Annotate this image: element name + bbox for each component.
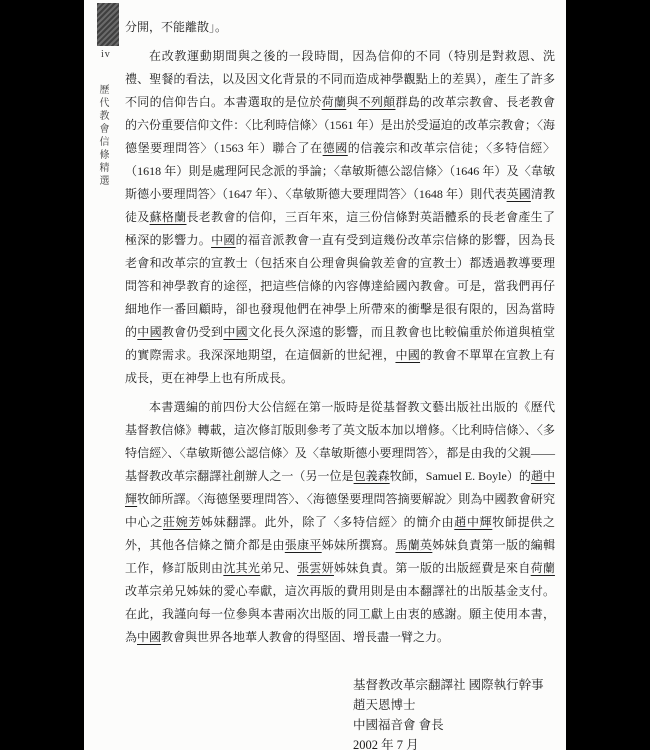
proper-noun-underlined: 荷蘭 (322, 95, 347, 109)
proper-noun-underlined: 中國 (137, 325, 162, 339)
proper-noun-underlined: 中國 (395, 348, 420, 362)
signature-org-title: 基督教改革宗翻譯社 國際執行幹事 (353, 675, 555, 695)
text-run: 與 (346, 95, 358, 109)
proper-noun-underlined: 中國 (211, 233, 236, 247)
proper-noun-underlined: 荷蘭 (531, 561, 555, 575)
proper-noun-underlined: 包義森 (354, 469, 390, 483)
book-page: iv 歷代教會信條精選 分開，不能離散」。 在改教運動期間與之後的一段時間，因為… (84, 0, 566, 750)
proper-noun-underlined: 蘇格蘭 (150, 210, 187, 224)
proper-noun-underlined: 張康平 (285, 538, 322, 552)
signature-org-role: 中國福音會 會長 (353, 715, 555, 735)
book-title-vertical: 歷代教會信條精選 (95, 84, 110, 188)
proper-noun-underlined: 德國 (323, 141, 348, 155)
text-run: 牧師，Samuel E. Boyle）的 (390, 469, 531, 483)
proper-noun-underlined: 英國 (507, 187, 531, 201)
text-run: 教會與世界各地華人教會的得堅固、增長盡一臂之力。 (161, 630, 449, 644)
scanned-page-view: iv 歷代教會信條精選 分開，不能離散」。 在改教運動期間與之後的一段時間，因為… (0, 0, 650, 750)
proper-noun-underlined: 不列顛 (359, 95, 396, 109)
signature-block: 基督教改革宗翻譯社 國際執行幹事 趙天恩博士 中國福音會 會長 2002 年 7… (353, 675, 555, 750)
text-run: 姊妹所撰寫。 (322, 538, 396, 552)
proper-noun-underlined: 中國 (137, 630, 161, 644)
scan-black-margin-left (0, 0, 84, 750)
chapter-tab-marker (97, 3, 119, 46)
text-run: 弟兄、 (260, 561, 297, 575)
paragraph-continuation: 分開，不能離散」。 (125, 16, 555, 39)
paragraph-creeds-history: 在改教運動期間與之後的一段時間，因為信仰的不同（特別是對救恩、洗禮、聖餐的看法，… (125, 45, 555, 390)
proper-noun-underlined: 趙中輝 (454, 515, 492, 529)
signature-author-name: 趙天恩博士 (353, 695, 555, 715)
proper-noun-underlined: 莊婉芳 (163, 515, 201, 529)
signature-date: 2002 年 7 月 (353, 735, 555, 750)
scan-black-margin-right (566, 0, 650, 750)
proper-noun-underlined: 馬蘭英 (395, 538, 432, 552)
text-run: 姊妹負責。第一版的出版經費是來自 (334, 561, 531, 575)
proper-noun-underlined: 張雲妍 (297, 561, 334, 575)
proper-noun-underlined: 中國 (223, 325, 248, 339)
text-run: 姊妹翻譯。此外，除了〈多特信經〉的簡介由 (201, 515, 454, 529)
paragraph-edition-credits: 本書選編的前四份大公信經在第一版時是從基督教文藝出版社出版的《歷代基督教信條》轉… (125, 396, 555, 649)
page-number: iv (101, 49, 111, 60)
text-run: 的福音派教會一直有受到這幾份改革宗信條的影響，因為長老會和改革宗的宣教士（包括來… (125, 233, 555, 339)
page-text-block: 分開，不能離散」。 在改教運動期間與之後的一段時間，因為信仰的不同（特別是對救恩… (125, 16, 555, 750)
text-run: 教會仍受到 (162, 325, 223, 339)
proper-noun-underlined: 沈其光 (223, 561, 260, 575)
